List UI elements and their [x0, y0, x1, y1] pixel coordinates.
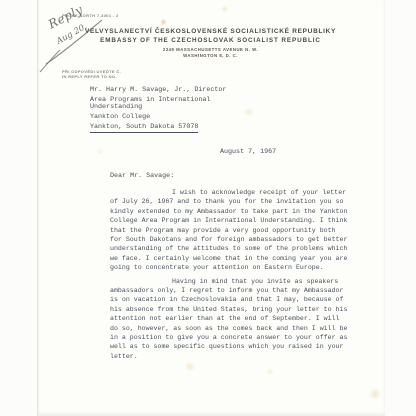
age-spot	[96, 148, 104, 155]
recipient-line: Yankton College	[90, 114, 226, 121]
recipient-line-underlined: Yankton, South Dakota 57078	[90, 124, 198, 133]
date-line: August 7, 1967	[220, 148, 276, 156]
age-spot	[184, 362, 196, 371]
body-line: well as to some specific questions which…	[110, 342, 355, 351]
body-line: ambassadors only, I regret to inform you…	[110, 286, 355, 295]
age-spot	[244, 108, 254, 116]
body-line: College Area Program in International Un…	[110, 216, 355, 225]
letterhead-city: WASHINGTON 8, D. C.	[37, 53, 384, 58]
letterhead: VELVYSLANECTVÍ ČESKOSLOVENSKÉ SOCIALISTI…	[37, 28, 384, 58]
body-line: of July 26, 1967 and to thank you for th…	[110, 197, 355, 206]
body-line: for South Dakotans and for foreign ambas…	[110, 235, 355, 244]
body-line: we face. I certainly welcome that in the…	[110, 254, 355, 263]
body-line: kindly extended to my Ambassador to take…	[110, 207, 355, 216]
recipient-line: Mr. Harry M. Savage, Jr., Director	[90, 87, 226, 94]
body-line: do so, however, as soon as the comes bac…	[110, 324, 355, 333]
body-line: letter.	[110, 352, 355, 361]
letterhead-org-english: EMBASSY OF THE CZECHOSLOVAK SOCIALIST RE…	[37, 37, 384, 44]
body-line: that the Program may provide a very good…	[110, 226, 355, 235]
body-paragraph-2: Having in mind that you invite as speake…	[110, 277, 355, 362]
body-line: attention not earlier than at the end of…	[110, 314, 355, 323]
body-paragraph-1: I wish to acknowledge receipt of your le…	[110, 188, 355, 273]
age-spot	[221, 6, 228, 12]
reply-refer-block: PŘI ODPOVĚDI UVEĎTE Č. IN REPLY REFER TO…	[62, 70, 121, 79]
body-line: understanding of the attitudes to some o…	[110, 244, 355, 253]
letterhead-org-native: VELVYSLANECTVÍ ČESKOSLOVENSKÉ SOCIALISTI…	[37, 28, 384, 35]
body-line: his absence from the United States, brin…	[110, 305, 355, 314]
body-line: is on vacation in Czechoslovakia and tha…	[110, 295, 355, 304]
body-line: I wish to acknowledge receipt of your le…	[172, 188, 355, 197]
body-line: in a position to give you a concrete ans…	[110, 333, 355, 342]
age-spot	[266, 368, 274, 375]
body-line: Having in mind that you invite as speake…	[172, 277, 355, 286]
recipient-address-block: Mr. Harry M. Savage, Jr., Director Area …	[90, 87, 226, 133]
age-spot	[160, 19, 167, 25]
body-line: going to concentrate your attention on E…	[110, 263, 355, 272]
letterhead-street: 2349 MASSACHUSETTS AVENUE N. W.	[37, 47, 384, 52]
salutation: Dear Mr. Savage:	[110, 172, 174, 180]
recipient-line: Understanding	[90, 104, 226, 111]
reply-refer-english: IN REPLY REFER TO NO.	[62, 75, 121, 80]
